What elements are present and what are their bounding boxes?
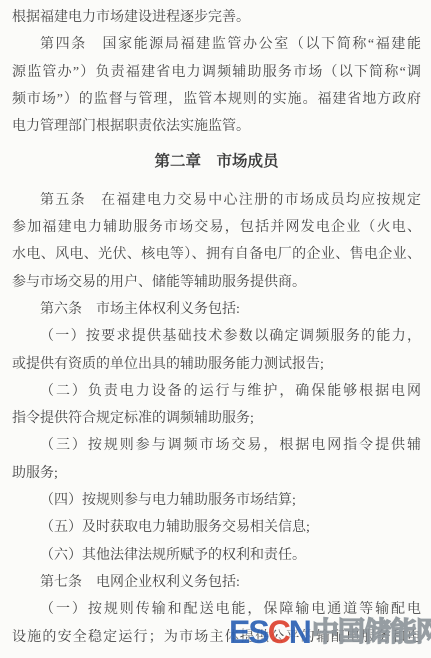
text-line: 第四条 国家能源局福建监管办公室（以下简称“福建能: [12, 31, 421, 58]
text-line: （五）及时获取电力辅助服务交易相关信息;: [12, 514, 421, 541]
text-line: 第六条 市场主体权利义务包括:: [12, 296, 421, 323]
text-line: 助服务;: [12, 460, 421, 487]
text-line: （六）其他法律法规所赋予的权利和责任。: [12, 542, 421, 569]
text-line: 频市场”）的监督与管理，监管本规则的实施。福建省地方政府: [12, 86, 421, 113]
text-line: 源监管办”）负责福建省电力调频辅助服务市场（以下简称“调: [12, 59, 421, 86]
text-line: （三）按规则参与调频市场交易，根据电网指令提供辅: [12, 432, 421, 459]
text-line: （二）负责电力设备的运行与维护，确保能够根据电网: [12, 378, 421, 405]
text-line: 根据福建电力市场建设进程逐步完善。: [12, 4, 421, 31]
text-line: 参加福建电力辅助服务市场交易，包括并网发电企业（火电、: [12, 214, 421, 241]
chapter-heading: 第二章 市场成员: [12, 148, 421, 175]
document-page: 根据福建电力市场建设进程逐步完善。 第四条 国家能源局福建监管办公室（以下简称“…: [0, 0, 431, 658]
text-line: （一）按规则传输和配送电能，保障输电通道等输配电: [12, 596, 421, 623]
text-line: 设施的安全稳定运行；为市场主体提供公平的输配电服务和电: [12, 624, 421, 651]
text-line: 指令提供符合规定标准的调频辅助服务;: [12, 405, 421, 432]
text-line: （四）按规则参与电力辅助服务市场结算;: [12, 487, 421, 514]
text-line: 或提供有资质的单位出具的辅助服务能力测试报告;: [12, 351, 421, 378]
text-line: （一）按要求提供基础技术参数以确定调频服务的能力，: [12, 323, 421, 350]
text-line: 第五条 在福建电力交易中心注册的市场成员均应按规定: [12, 187, 421, 214]
text-line: 第七条 电网企业权利义务包括:: [12, 569, 421, 596]
text-line: 水电、风电、光伏、核电等）、拥有自备电厂的企业、售电企业、: [12, 241, 421, 268]
text-line: 电力管理部门根据职责依法实施监管。: [12, 113, 421, 140]
text-line: 参与市场交易的用户、储能等辅助服务提供商。: [12, 269, 421, 296]
